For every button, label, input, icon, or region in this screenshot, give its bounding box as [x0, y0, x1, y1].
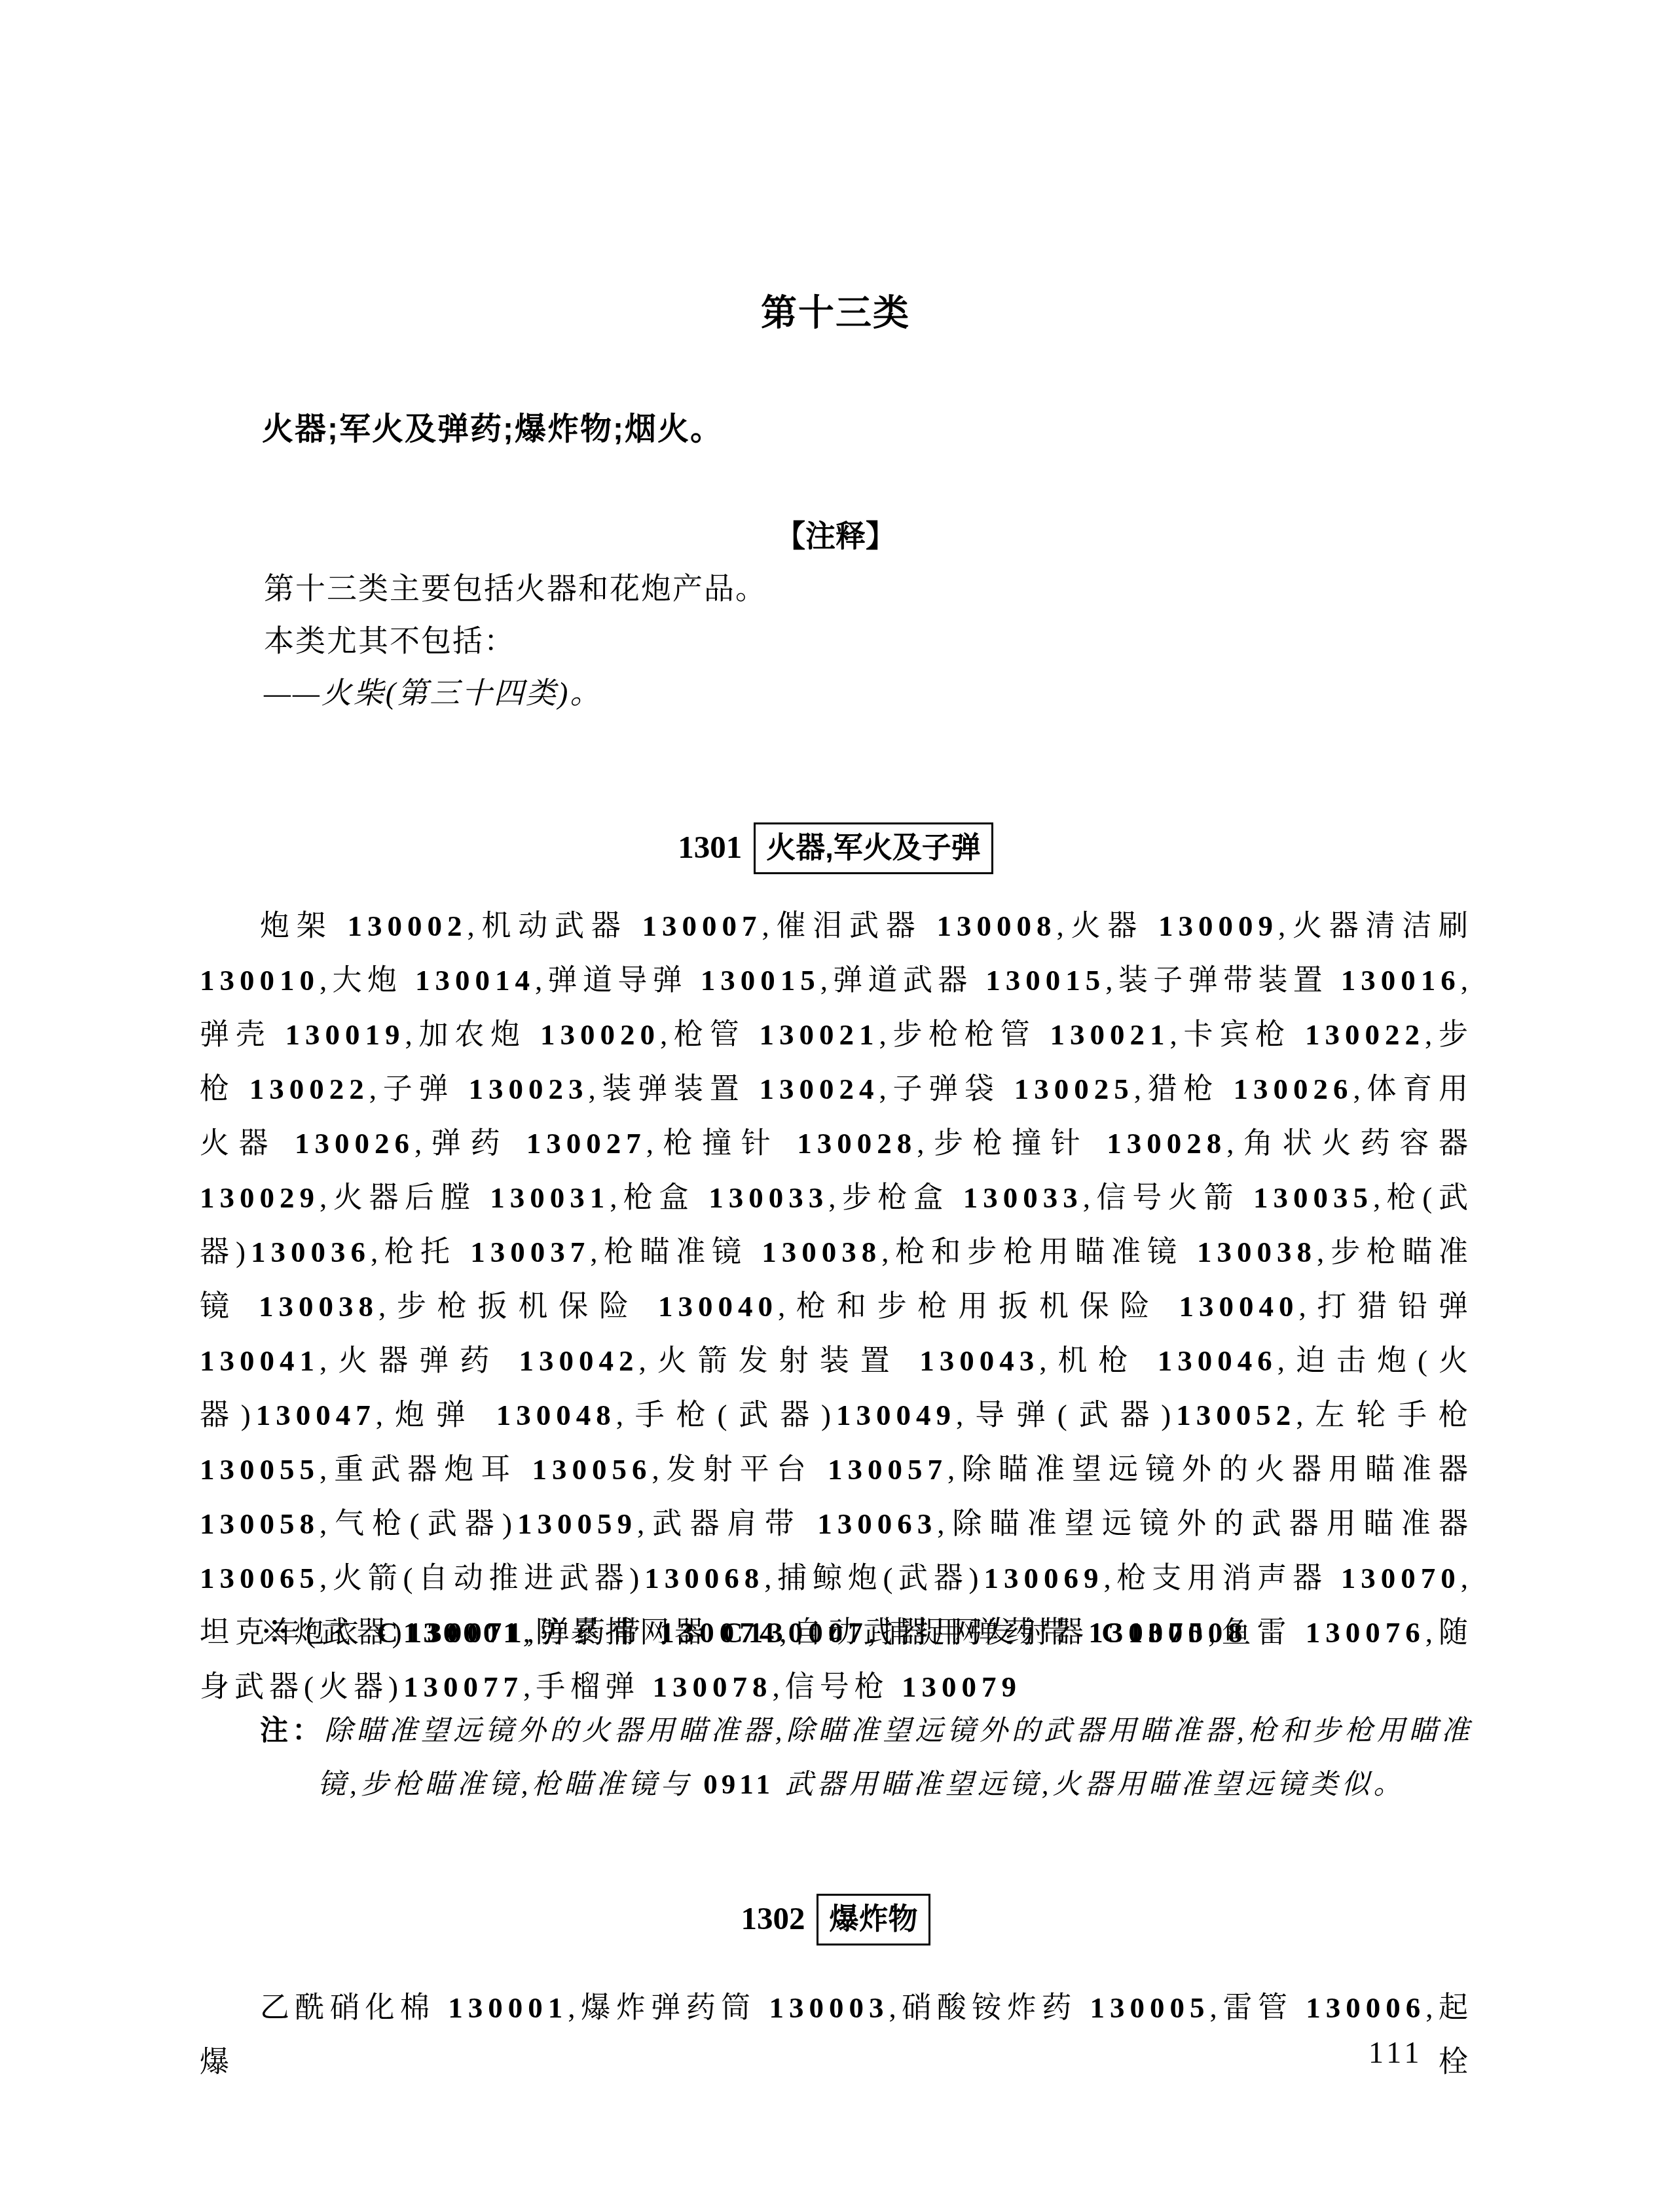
page-number: 111 — [1368, 2038, 1423, 2068]
section-code-1302: 1302 — [741, 1902, 805, 1934]
document-page: 第十三类 火器;军火及弹药;爆炸物;烟火。 【注释】 第十三类主要包括火器和花炮… — [0, 0, 1671, 2212]
note-label: 注： — [260, 1715, 324, 1746]
section-note-1301: 注：除瞄准望远镜外的火器用瞄准器,除瞄准望远镜外的武器用瞄准器,枪和步枪用瞄准镜… — [318, 1704, 1473, 1812]
notes-line-2: 本类尤其不包括： — [264, 625, 515, 658]
page-title: 第十三类 — [0, 295, 1671, 331]
notes-line-3: ——火柴(第三十四类)。 — [264, 677, 602, 710]
section-name-box-1302: 爆炸物 — [817, 1894, 930, 1945]
section-header-1301: 1301火器,军火及子弹 — [0, 822, 1671, 874]
section-name-box-1301: 火器,军火及子弹 — [754, 822, 993, 874]
notes-line-1: 第十三类主要包括火器和花炮产品。 — [264, 572, 767, 606]
section-code-1301: 1301 — [678, 831, 742, 863]
note-text: 除瞄准望远镜外的火器用瞄准器,除瞄准望远镜外的武器用瞄准器,枪和步枪用瞄准镜,步… — [318, 1716, 1473, 1800]
section-header-1302: 1302爆炸物 — [0, 1894, 1671, 1945]
class-heading: 火器;军火及弹药;爆炸物;烟火。 — [262, 414, 723, 445]
item-list-1301: 炮架 130002,机动武器 130007,催泪武器 130008,火器 130… — [200, 899, 1473, 1714]
item-list-1301-supplement: ※炮衣 C130001,防暴捕网器 C130007,捕捉网发射器 C130008 — [200, 1606, 1473, 1660]
item-list-1302: 乙酰硝化棉 130001,爆炸弹药筒 130003,硝酸铵炸药 130005,雷… — [200, 1981, 1473, 2090]
notes-section-title: 【注释】 — [0, 521, 1671, 551]
